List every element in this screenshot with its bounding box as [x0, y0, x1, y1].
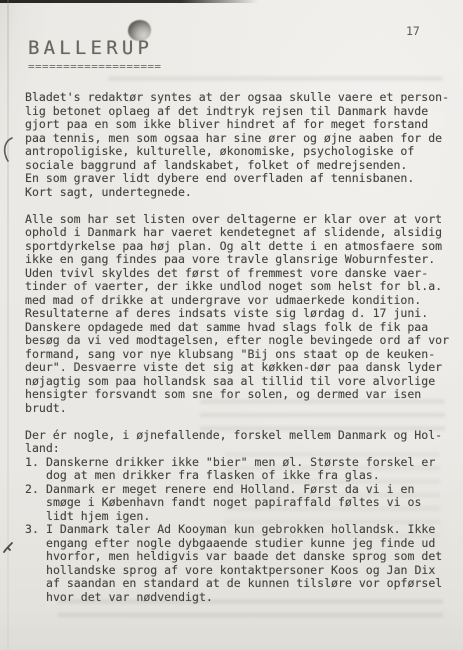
- masthead: BALLERUP ===================: [28, 37, 161, 73]
- list-item-text: Danskerne drikker ikke "bier" men øl. St…: [46, 456, 435, 483]
- paragraph-3-intro: Der ér nogle, i øjnefallende, forskel me…: [25, 429, 453, 456]
- pen-mark: [1, 135, 15, 165]
- scanned-document-page: BALLERUP =================== 17 Bladet's…: [0, 0, 463, 650]
- paragraph-2: Alle som har set listen over deltagerne …: [25, 213, 453, 416]
- list-item: 1. Danskerne drikker ikke "bier" men øl.…: [25, 456, 453, 483]
- page-number: 17: [406, 24, 420, 38]
- pen-mark: [2, 541, 14, 555]
- list-item-text: I Danmark taler Ad Kooyman kun gebrokken…: [46, 523, 442, 604]
- logo-underline: ===================: [28, 60, 161, 73]
- list-item-number: 1.: [25, 456, 46, 483]
- list-item-number: 2.: [25, 483, 46, 524]
- list-item-number: 3.: [25, 523, 46, 604]
- list-item: 3. I Danmark taler Ad Kooyman kun gebrok…: [25, 523, 453, 604]
- paragraph-1: Bladet's redaktør syntes at der ogsaa sk…: [25, 91, 453, 199]
- club-logo-text: BALLERUP: [28, 37, 161, 59]
- list-item-text: Danmark er meget renere end Holland. Før…: [46, 483, 421, 524]
- list-item: 2. Danmark er meget renere end Holland. …: [25, 483, 453, 524]
- scan-edge-artifact: [0, 0, 258, 3]
- bleed-through-smudge: [108, 76, 443, 87]
- document-body: Bladet's redaktør syntes at der ogsaa sk…: [25, 91, 453, 604]
- numbered-list: 1. Danskerne drikker ikke "bier" men øl.…: [25, 456, 453, 605]
